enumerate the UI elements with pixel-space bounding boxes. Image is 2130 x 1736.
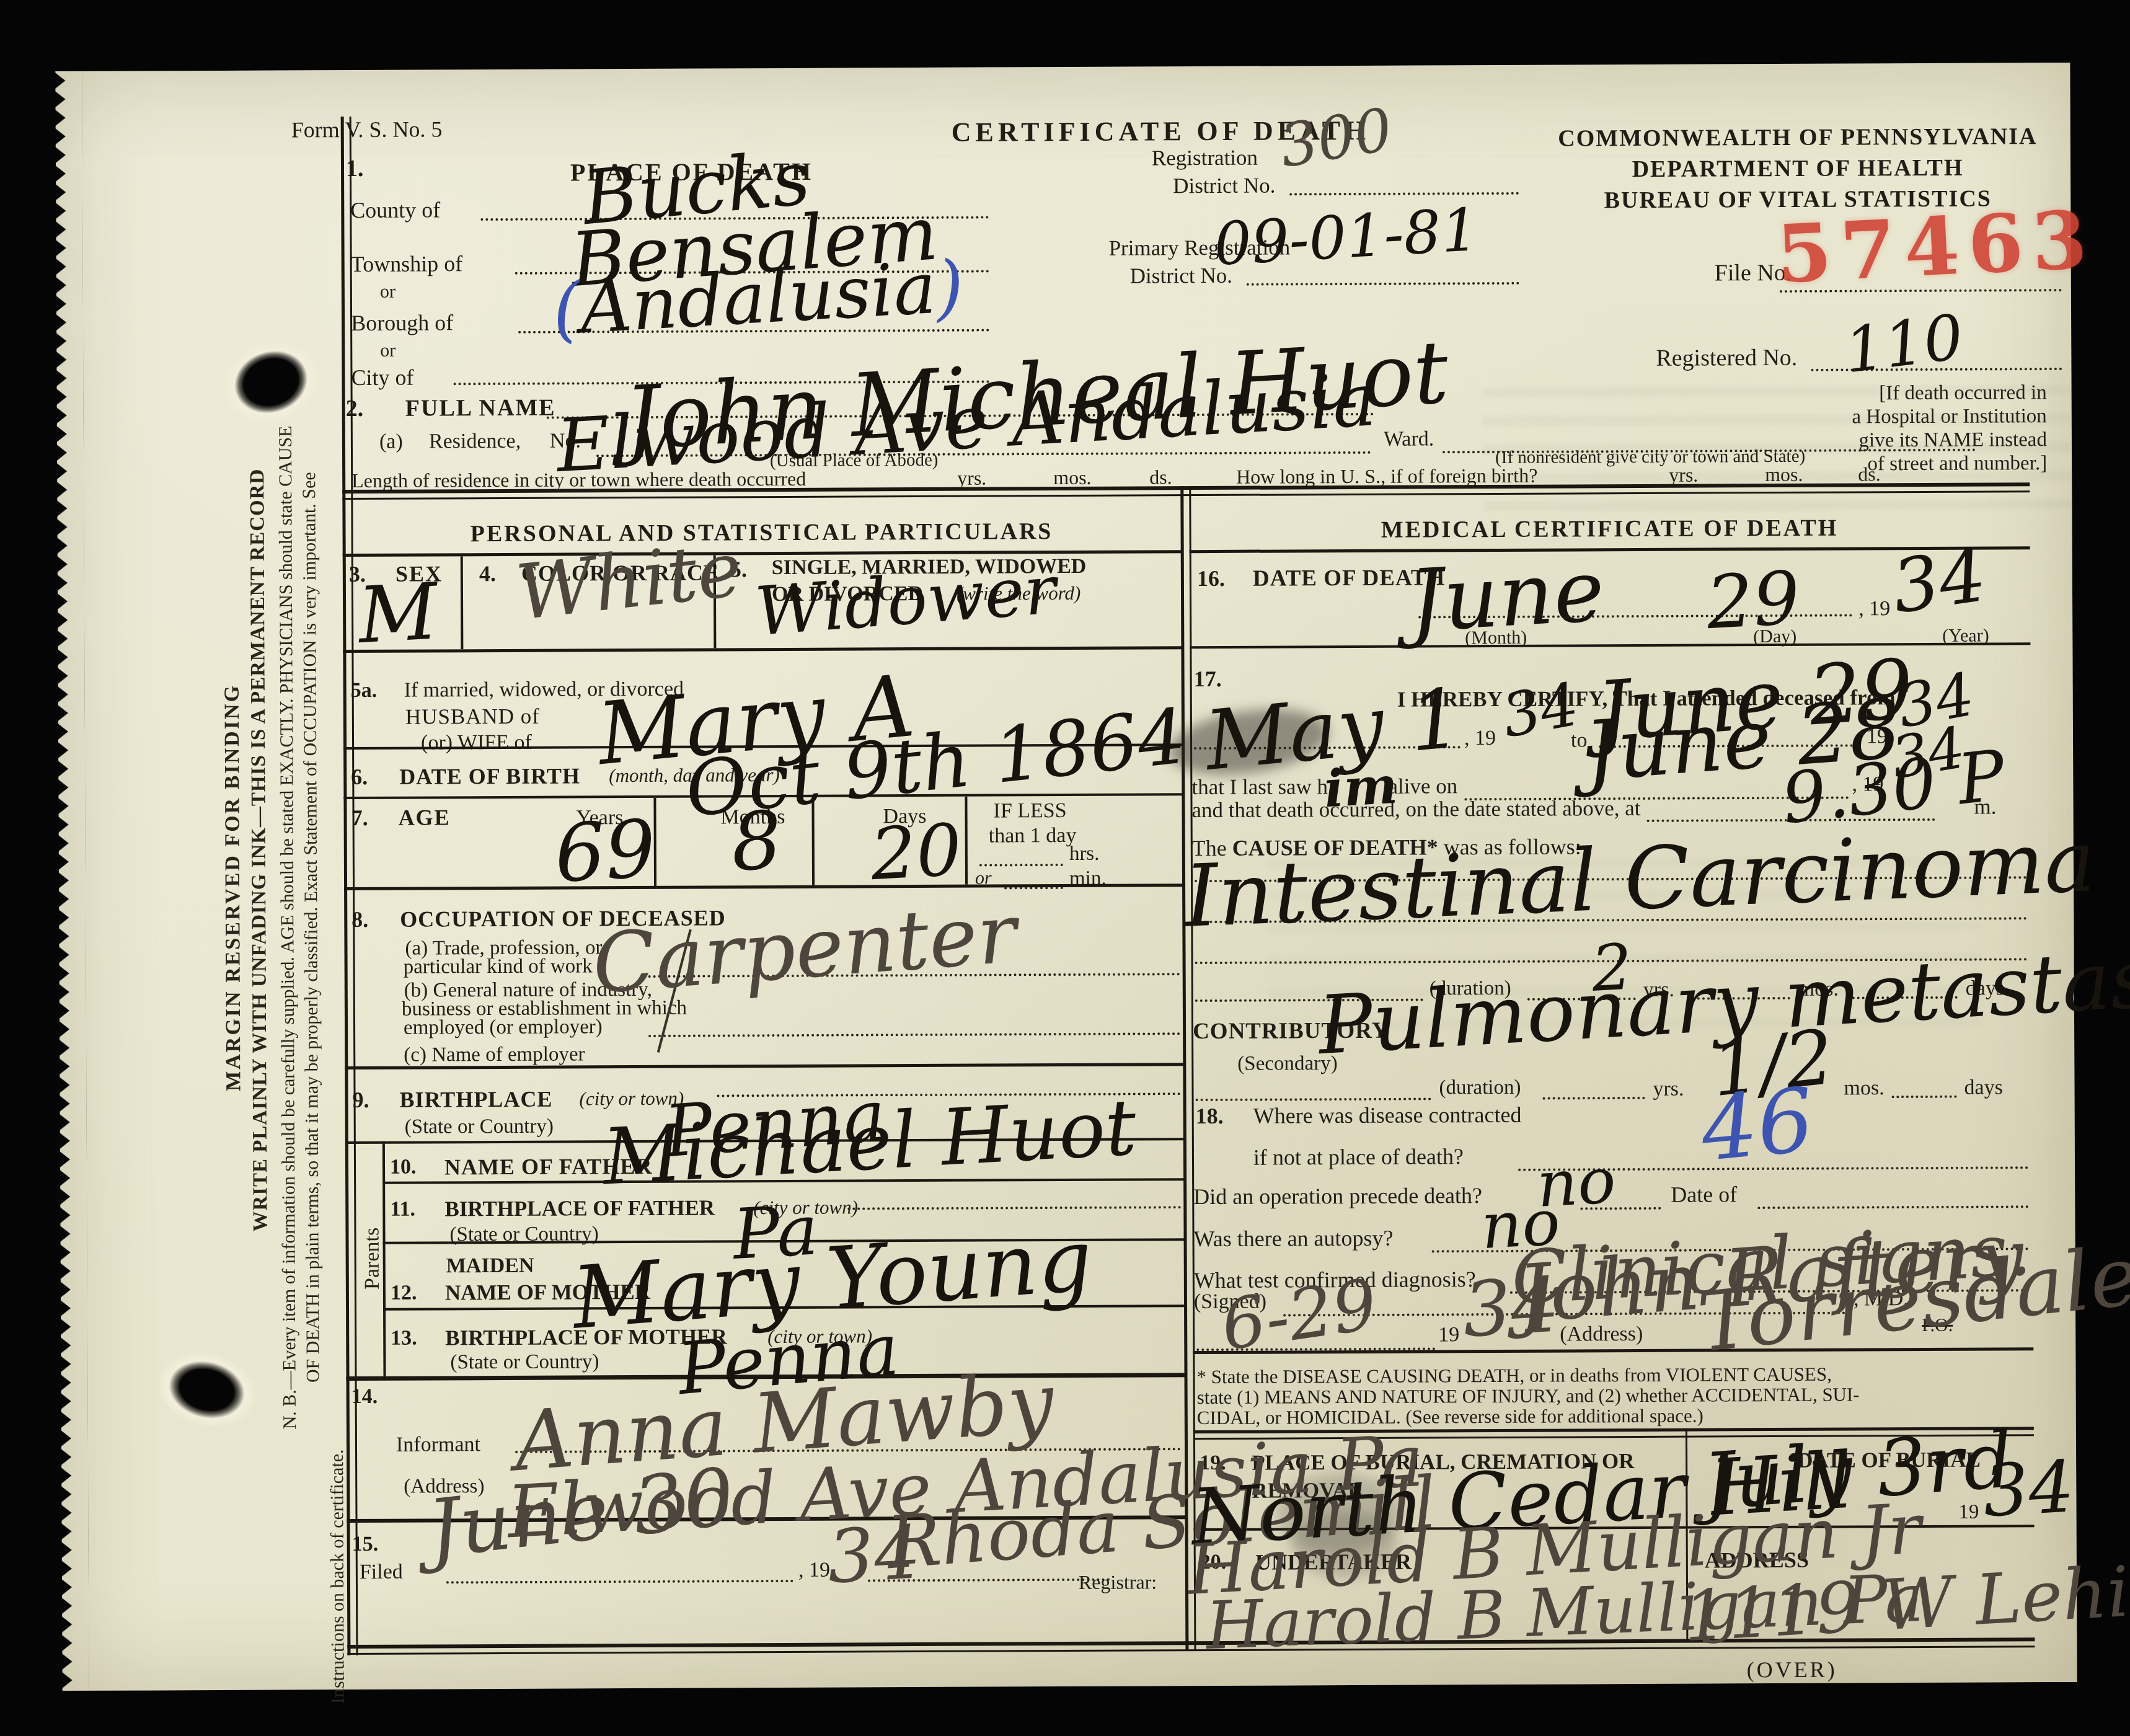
autopsy-label: Was there an autopsy?	[1193, 1227, 1393, 1251]
form-number: Form V. S. No. 5	[291, 118, 443, 142]
if-less-label-line1: IF LESS	[993, 800, 1066, 822]
ink-bleed-through	[1483, 385, 2072, 530]
duration2-yrs-label: yrs.	[1653, 1078, 1684, 1100]
death-year-value: 34	[1888, 542, 1990, 621]
section16-number: 16.	[1197, 567, 1225, 591]
borough-label: Borough of	[351, 311, 453, 335]
sex-value: M	[356, 577, 440, 652]
age-years-value: 69	[553, 813, 658, 890]
registered-no-label: Registered No.	[1656, 346, 1797, 371]
section18-number: 18.	[1196, 1105, 1224, 1128]
maiden-label: MAIDEN	[446, 1255, 534, 1277]
form-left-border-inner	[350, 117, 358, 1655]
or-label-1: or	[380, 282, 396, 302]
informant-label: Informant	[396, 1433, 480, 1456]
father-name-value: Michael Huot	[601, 1093, 1138, 1193]
file-number-stamp: 57463	[1774, 193, 2098, 302]
age-col-divider3	[965, 797, 968, 885]
where-contracted-line2: if not at place of death?	[1253, 1145, 1464, 1169]
occupation-b-line3: employed (or employer)	[404, 1016, 603, 1038]
duration2-label: (duration)	[1439, 1077, 1521, 1099]
margin-nb-note-line3: Instructions on back of certificate.	[326, 1332, 349, 1704]
marital-value: Widower	[753, 560, 1058, 642]
registration-district-label: District No.	[1173, 175, 1275, 198]
section1-number: 1.	[346, 157, 364, 182]
or-label-2: or	[380, 341, 396, 361]
ds-label-1: ds.	[1149, 467, 1172, 488]
ward-label: Ward.	[1384, 428, 1434, 450]
birthplace-state-note: (State or Country)	[405, 1116, 554, 1138]
registered-no-value: 110	[1842, 309, 1966, 379]
residence-label: Residence,	[429, 430, 521, 453]
age-months-value: 8	[730, 805, 784, 879]
father-birthplace-label: BIRTHPLACE OF FATHER	[444, 1197, 715, 1221]
duration2-yrs-line	[1543, 1097, 1645, 1100]
residence-a-label: (a)	[379, 431, 403, 453]
margin-binding-note: MARGIN RESERVED FOR BINDING	[219, 471, 247, 1304]
age-label: AGE	[398, 806, 450, 830]
perforation-edge	[53, 71, 89, 1691]
parents-label: Parents	[360, 1146, 385, 1371]
hrs-line	[979, 864, 1063, 867]
sign-year-value: 34	[1461, 1272, 1561, 1345]
age-days-value: 20	[869, 818, 963, 888]
section4-number: 4.	[479, 562, 496, 586]
blue-paren-open: (	[550, 267, 583, 352]
death-occurred-label: and that death occurred, on the date sta…	[1191, 797, 1640, 822]
duration2-mos-label: mos.	[1844, 1077, 1884, 1099]
section10-number: 10.	[390, 1156, 417, 1179]
occupation-a-line2: particular kind of work	[404, 955, 593, 978]
death-month-value: June	[1407, 552, 1606, 640]
sign-nineteen-label: 19	[1438, 1324, 1459, 1346]
registrar-label: Registrar:	[1079, 1572, 1157, 1593]
mother-birthplace-state-note: (State or Country)	[450, 1351, 599, 1373]
section12-number: 12.	[391, 1282, 417, 1304]
duration2-days-line	[1892, 1096, 1957, 1098]
occupation-c-label: (c) Name of employer	[404, 1043, 585, 1066]
certificate-title: CERTIFICATE OF DEATH	[952, 117, 1305, 147]
death-certificate-scan: MARGIN RESERVED FOR BINDING WRITE PLAINL…	[55, 63, 2077, 1691]
hrs-label: hrs.	[1069, 843, 1100, 865]
date-of-label: Date of	[1671, 1183, 1737, 1207]
paper-hole-top	[179, 296, 355, 464]
personal-heading: PERSONAL AND STATISTICAL PARTICULARS	[342, 519, 1180, 547]
from-nineteen-label: , 19	[1464, 727, 1496, 750]
operation-label: Did an operation precede death?	[1193, 1184, 1482, 1209]
burial-year-value: 34	[1982, 1455, 2076, 1525]
dob-label: DATE OF BIRTH	[399, 764, 580, 789]
last-saw-post-label: alive on	[1388, 775, 1457, 798]
full-name-label: FULL NAME	[405, 396, 556, 422]
where-contracted-value: 46	[1698, 1081, 1817, 1170]
duration2-days-label: days	[1964, 1076, 2002, 1099]
duration2-lead-line	[1196, 1097, 1431, 1101]
registration-district-line	[1289, 192, 1519, 196]
parents-box-line	[382, 1141, 386, 1379]
father-birthplace-line	[847, 1206, 1181, 1210]
section5a-number: 5a.	[351, 680, 378, 702]
commonwealth-line: COMMONWEALTH OF PENNSYLVANIA	[1540, 125, 2055, 152]
department-line: DEPARTMENT OF HEALTH	[1540, 156, 2055, 183]
where-contracted-line1: Where was disease contracted	[1253, 1104, 1522, 1128]
death-day-value: 29	[1705, 565, 1801, 636]
over-label: (OVER)	[1699, 1658, 1885, 1682]
blue-paren-close: )	[934, 245, 966, 329]
yrs-label-1: yrs.	[957, 468, 986, 489]
occupation-b-line	[648, 1032, 1180, 1037]
birthplace-label: BIRTHPLACE	[399, 1088, 552, 1112]
section11-number: 11.	[390, 1198, 415, 1221]
primary-district-line	[1247, 282, 1519, 286]
county-label: County of	[350, 198, 440, 222]
last-saw-him-value: im	[1323, 763, 1399, 813]
city-label: City of	[351, 366, 413, 390]
mos-label-1: mos.	[1053, 467, 1091, 489]
footnote-line2: state (1) MEANS AND NATURE OF INJURY, an…	[1197, 1384, 1860, 1407]
section17-number: 17.	[1194, 668, 1222, 691]
filed-label: Filed	[360, 1561, 403, 1583]
township-label: Township of	[351, 252, 463, 277]
from-year-value: 34	[1498, 677, 1583, 743]
primary-district-value: 09-01-81	[1213, 204, 1480, 272]
section13-number: 13.	[391, 1327, 417, 1350]
color-race-value: White	[513, 536, 745, 628]
registration-district-value: 300	[1276, 104, 1396, 174]
filed-nineteen-label: , 19	[798, 1559, 830, 1582]
death-nineteen-label: , 19	[1858, 598, 1890, 620]
if-less-label-line2: than 1 day	[989, 825, 1077, 847]
occupation-value: Carpenter	[590, 897, 1019, 1002]
husband-of-label: HUSBAND of	[405, 706, 540, 729]
sign-date-value: 6-29	[1217, 1273, 1381, 1358]
footnote-line3: CIDAL, or HOMICIDAL. (See reverse side f…	[1197, 1406, 1704, 1428]
borough-value: (Andalusia)	[551, 255, 966, 342]
wife-of-label: (or) WIFE of	[421, 732, 532, 754]
filed-date-line	[446, 1580, 793, 1583]
sex-race-divider	[461, 556, 464, 649]
registration-label: Registration	[1152, 147, 1258, 170]
